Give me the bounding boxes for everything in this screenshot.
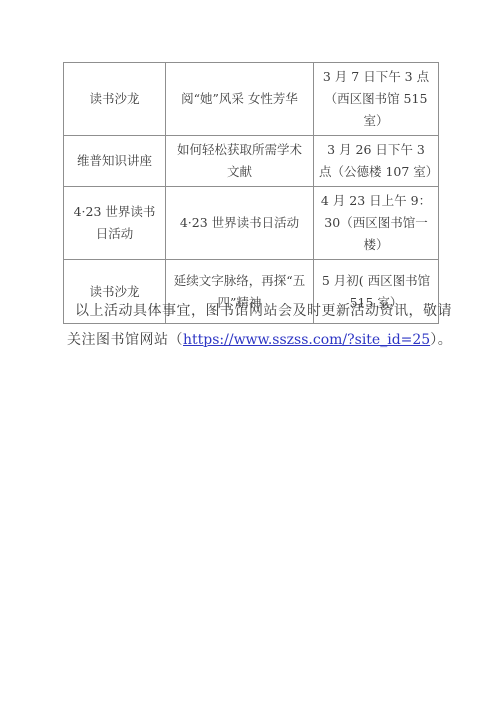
closing-note: 以上活动具体事宜，图书馆网站会及时更新活动资讯，敬请 关注图书馆网站（https… <box>67 297 447 355</box>
activity-schedule-table: 读书沙龙 阅“她”风采 女性芳华 3 月 7 日下午 3 点（西区图书馆 515… <box>63 62 439 324</box>
cell-topic: 阅“她”风采 女性芳华 <box>166 63 314 136</box>
table-row: 4·23 世界读书日活动 4·23 世界读书日活动 4 月 23 日上午 9：3… <box>64 187 439 260</box>
table-row: 读书沙龙 阅“她”风采 女性芳华 3 月 7 日下午 3 点（西区图书馆 515… <box>64 63 439 136</box>
cell-activity: 4·23 世界读书日活动 <box>64 187 166 260</box>
library-website-link[interactable]: https://www.sszss.com/?site_id=25 <box>183 332 430 348</box>
cell-activity: 读书沙龙 <box>64 63 166 136</box>
cell-time-location: 3 月 26 日下午 3 点（公德楼 107 室） <box>314 136 439 187</box>
cell-time-location: 4 月 23 日上午 9：30（西区图书馆一楼） <box>314 187 439 260</box>
table-row: 维普知识讲座 如何轻松获取所需学术文献 3 月 26 日下午 3 点（公德楼 1… <box>64 136 439 187</box>
note-line-1: 以上活动具体事宜，图书馆网站会及时更新活动资讯，敬请 <box>67 297 447 326</box>
note-line-2-prefix: 关注图书馆网站（ <box>67 332 183 348</box>
cell-topic: 4·23 世界读书日活动 <box>166 187 314 260</box>
cell-activity: 维普知识讲座 <box>64 136 166 187</box>
note-line-2-suffix: ）。 <box>430 332 452 348</box>
cell-topic: 如何轻松获取所需学术文献 <box>166 136 314 187</box>
document-page: 读书沙龙 阅“她”风采 女性芳华 3 月 7 日下午 3 点（西区图书馆 515… <box>0 0 500 707</box>
cell-time-location: 3 月 7 日下午 3 点（西区图书馆 515 室） <box>314 63 439 136</box>
note-line-2: 关注图书馆网站（https://www.sszss.com/?site_id=2… <box>67 326 447 355</box>
